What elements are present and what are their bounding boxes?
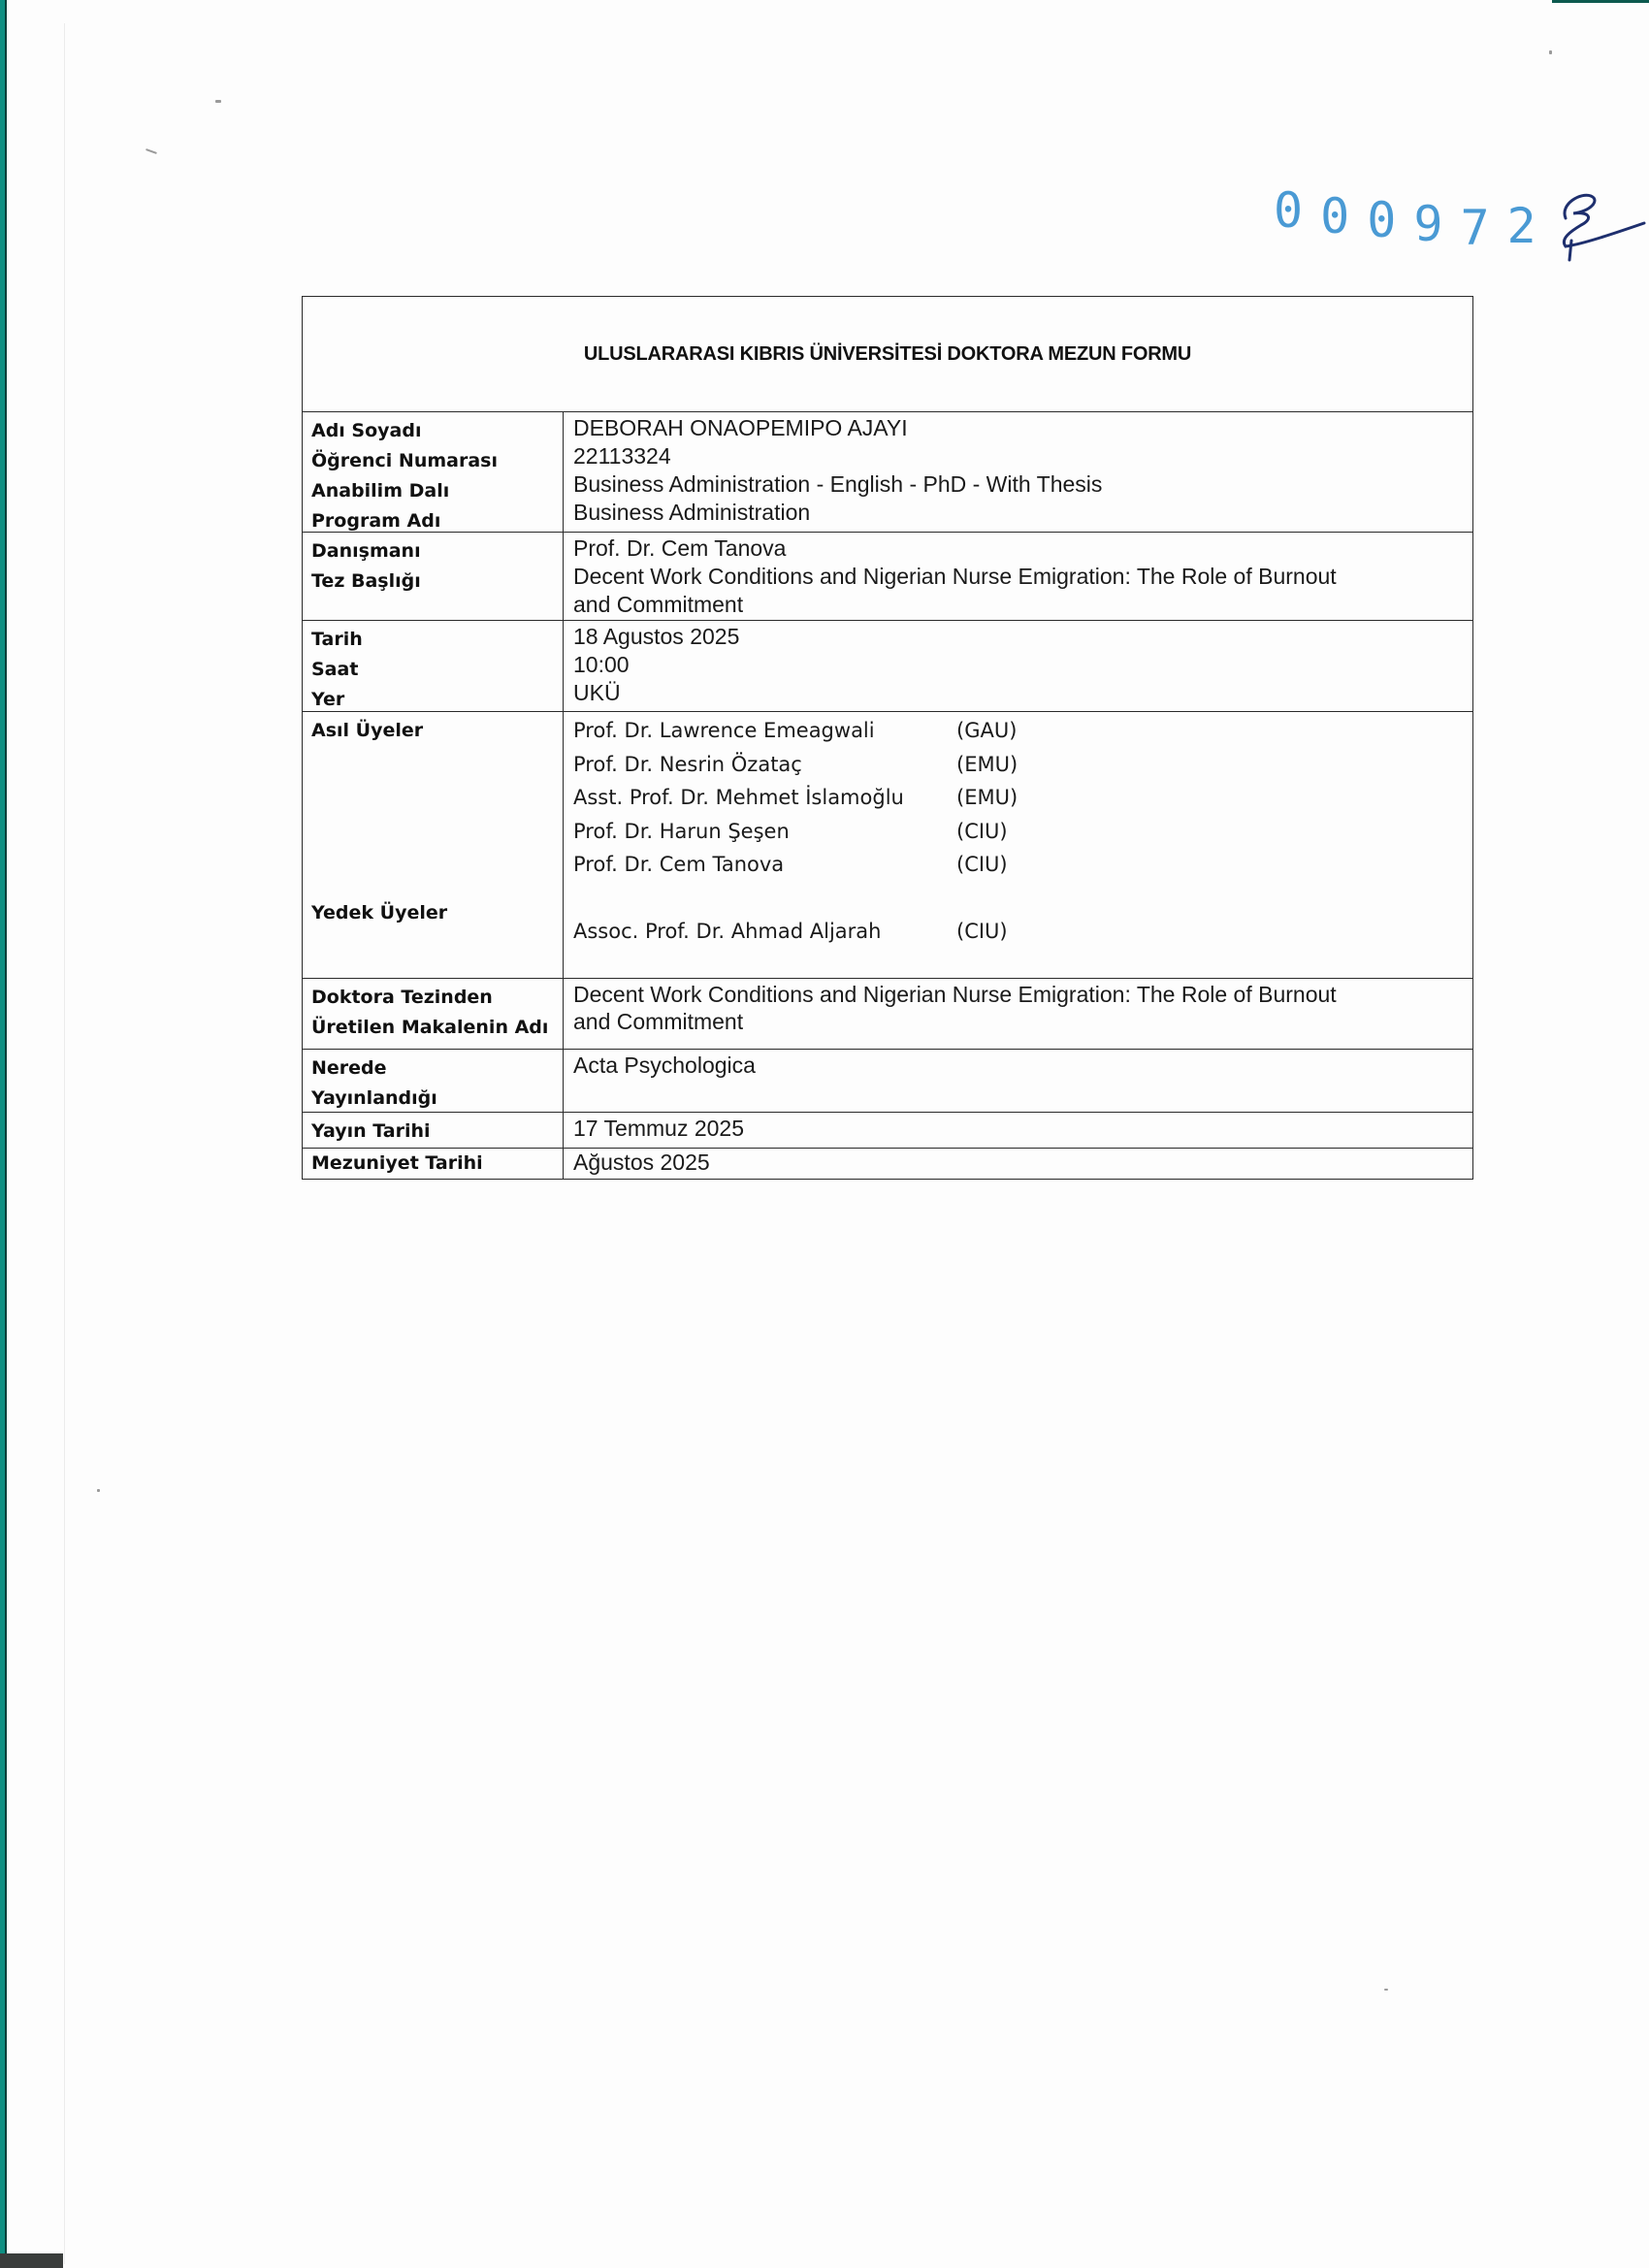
- label-student-number: Öğrenci Numarası: [311, 446, 563, 476]
- value-date: 18 Agustos 2025: [573, 623, 1472, 651]
- scan-edge-top: [1552, 0, 1649, 3]
- value-name: DEBORAH ONAOPEMIPO AJAYI: [573, 414, 1472, 442]
- label-time: Saat: [311, 655, 563, 685]
- member-name: Prof. Dr. Lawrence Emeagwali: [573, 714, 956, 748]
- label-department: Anabilim Dalı: [311, 476, 563, 506]
- stamp-digit: 2: [1507, 198, 1536, 254]
- handwritten-initials-icon: [1552, 184, 1649, 262]
- member-name: Asst. Prof. Dr. Mehmet İslamoğlu: [573, 781, 956, 815]
- jury-member: Prof. Dr. Lawrence Emeagwali (GAU): [573, 714, 1472, 748]
- label-date: Tarih: [311, 625, 563, 655]
- scan-fold-line: [64, 23, 65, 2264]
- member-name: Prof. Dr. Harun Şeşen: [573, 815, 956, 849]
- value-place: UKÜ: [573, 679, 1472, 707]
- value-graduation-date: Ağustos 2025: [573, 1149, 1472, 1177]
- label-alternate-members: Yedek Üyeler: [311, 898, 563, 928]
- stamp-digit: 7: [1460, 200, 1489, 256]
- member-institution: (GAU): [956, 714, 1017, 748]
- scan-speck: [1384, 1989, 1388, 1991]
- scan-speck: [145, 148, 157, 154]
- member-institution: (EMU): [956, 781, 1018, 815]
- label-publication-date: Yayın Tarihi: [311, 1117, 563, 1147]
- jury-member: Prof. Dr. Cem Tanova (CIU): [573, 848, 1472, 882]
- jury-member: Prof. Dr. Harun Şeşen (CIU): [573, 815, 1472, 849]
- jury-member: Prof. Dr. Nesrin Özataç (EMU): [573, 748, 1472, 782]
- value-publication-date: 17 Temmuz 2025: [573, 1115, 1472, 1143]
- row-graduation-date: Mezuniyet Tarihi Ağustos 2025: [303, 1149, 1472, 1179]
- label-thesis-title: Tez Başlığı: [311, 567, 563, 597]
- value-program: Business Administration: [573, 499, 1472, 527]
- row-personal-info: Adı Soyadı Öğrenci Numarası Anabilim Dal…: [303, 412, 1472, 533]
- row-article-title: Doktora Tezinden Üretilen Makalenin Adı …: [303, 979, 1472, 1050]
- label-main-members: Asıl Üyeler: [311, 716, 563, 746]
- scan-corner-shadow: [0, 2253, 63, 2268]
- member-name: Prof. Dr. Cem Tanova: [573, 848, 956, 882]
- value-advisor: Prof. Dr. Cem Tanova: [573, 535, 1472, 563]
- label-article-1: Doktora Tezinden: [311, 983, 563, 1013]
- value-article-title: Decent Work Conditions and Nigerian Nurs…: [573, 981, 1472, 1008]
- jury-member: Asst. Prof. Dr. Mehmet İslamoğlu (EMU): [573, 781, 1472, 815]
- alternate-jury-member: Assoc. Prof. Dr. Ahmad Aljarah (CIU): [573, 915, 1472, 949]
- document-number-stamp: 0 0 0 9 7 2: [1274, 182, 1536, 256]
- label-advisor: Danışmanı: [311, 536, 563, 567]
- label-where-1: Nerede: [311, 1053, 563, 1084]
- stamp-digit: 9: [1413, 196, 1442, 252]
- stamp-digit: 0: [1274, 182, 1303, 239]
- stamp-digit: 0: [1367, 192, 1396, 248]
- row-advisor-thesis: Danışmanı Tez Başlığı Prof. Dr. Cem Tano…: [303, 533, 1472, 621]
- scan-speck: [1549, 50, 1552, 54]
- stamp-digit: 0: [1320, 188, 1349, 244]
- graduation-form-table: ULUSLARARASI KIBRIS ÜNİVERSİTESİ DOKTORA…: [302, 296, 1473, 1180]
- label-place: Yer: [311, 685, 563, 715]
- label-graduation-date: Mezuniyet Tarihi: [311, 1149, 563, 1179]
- label-where-2: Yayınlandığı: [311, 1084, 563, 1114]
- value-time: 10:00: [573, 651, 1472, 679]
- row-jury-members: Asıl Üyeler Yedek Üyeler Prof. Dr. Lawre…: [303, 712, 1472, 979]
- scan-speck: [97, 1489, 100, 1492]
- member-name: Assoc. Prof. Dr. Ahmad Aljarah: [573, 915, 956, 949]
- label-article-2: Üretilen Makalenin Adı: [311, 1013, 563, 1043]
- member-name: Prof. Dr. Nesrin Özataç: [573, 748, 956, 782]
- label-name: Adı Soyadı: [311, 416, 563, 446]
- member-institution: (CIU): [956, 848, 1008, 882]
- member-institution: (CIU): [956, 815, 1008, 849]
- value-journal: Acta Psychologica: [573, 1052, 1472, 1080]
- value-student-number: 22113324: [573, 442, 1472, 470]
- value-thesis-title: Decent Work Conditions and Nigerian Nurs…: [573, 563, 1472, 591]
- scan-speck: [215, 100, 221, 103]
- row-published-where: Nerede Yayınlandığı Acta Psychologica: [303, 1050, 1472, 1113]
- scan-edge-left: [0, 0, 5, 2268]
- member-institution: (CIU): [956, 915, 1008, 949]
- form-title: ULUSLARARASI KIBRIS ÜNİVERSİTESİ DOKTORA…: [303, 297, 1472, 412]
- row-publication-date: Yayın Tarihi 17 Temmuz 2025: [303, 1113, 1472, 1149]
- value-article-title-cont: and Commitment: [573, 1008, 1472, 1035]
- member-institution: (EMU): [956, 748, 1018, 782]
- value-department: Business Administration - English - PhD …: [573, 470, 1472, 499]
- value-thesis-title-cont: and Commitment: [573, 591, 1472, 619]
- row-defense-details: Tarih Saat Yer 18 Agustos 2025 10:00 UKÜ: [303, 621, 1472, 712]
